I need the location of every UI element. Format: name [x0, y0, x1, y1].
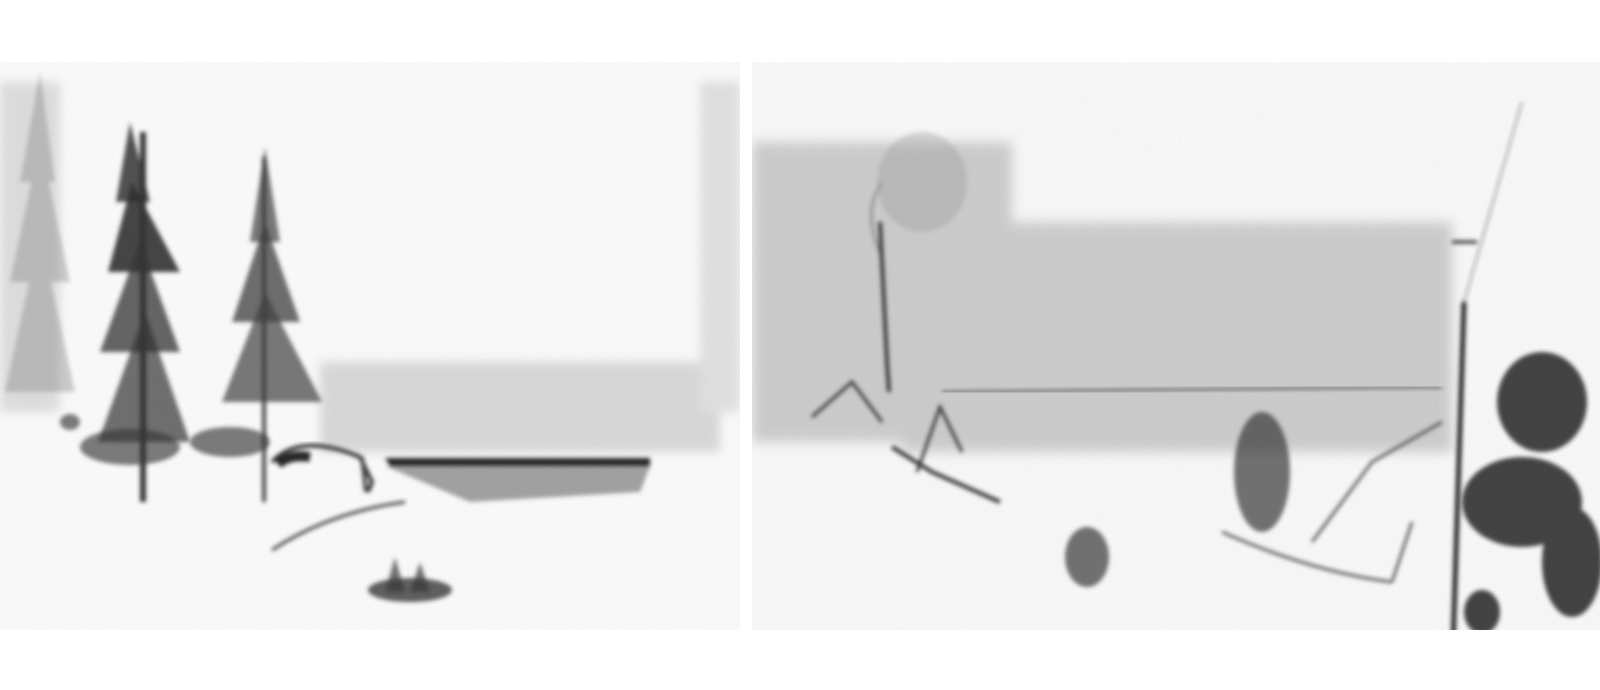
right-landscape-drawing — [752, 62, 1600, 630]
left-landscape-drawing — [0, 62, 740, 630]
sketch-panel-right: Snowy scene with bare trees, a small cab… — [752, 62, 1600, 630]
sketch-panel-left: Winter landscape with two fir trees on t… — [0, 62, 740, 630]
